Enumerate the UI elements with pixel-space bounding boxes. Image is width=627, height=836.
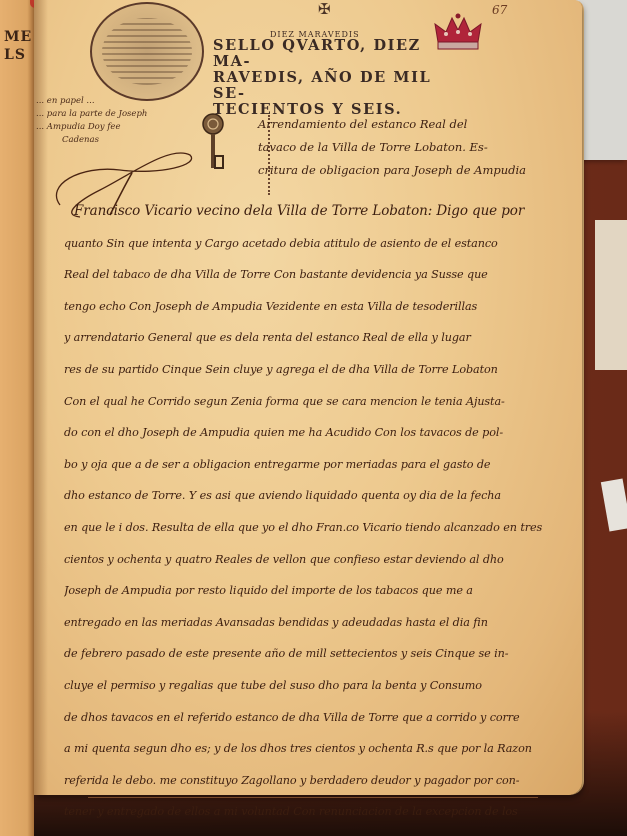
body-line: Real del tabaco de dha Villa de Torre Co… (64, 259, 564, 291)
body-line: a mi quenta segun dho es; y de los dhos … (64, 733, 564, 765)
body-line: dho estanco de Torre. Y es asi que avien… (64, 480, 564, 512)
body-line: cientos y ochenta y quatro Reales de vel… (64, 544, 564, 576)
body-line: y arrendatario General que es dela renta… (64, 322, 564, 354)
body-line: en que le i dos. Resulta de ella que yo … (64, 512, 564, 544)
body-line: do con el dho Joseph de Ampudia quien me… (64, 417, 564, 449)
body-line: entregado en las meriadas Avansadas bend… (64, 607, 564, 639)
manuscript-body: Francisco Vicario vecino dela Villa de T… (64, 196, 564, 828)
margin-note-line: ... para la parte de Joseph (36, 108, 176, 121)
closing-rule (88, 797, 538, 798)
body-line: Joseph de Ampudia por resto liquido del … (64, 575, 564, 607)
body-line: tengo echo Con Joseph de Ampudia Veziden… (64, 291, 564, 323)
body-line: tener y entregado de ellos a mi voluntad… (64, 796, 564, 828)
body-line: res de su partido Cinque Sein cluye y ag… (64, 354, 564, 386)
left-page-fragment: ME LS (0, 0, 34, 836)
key-icon (200, 112, 226, 174)
stamp-line: RAVEDIS, AÑO DE MIL SE- (213, 70, 443, 102)
body-line: referida le debo. me constituyo Zagollan… (64, 765, 564, 797)
seal-texture (102, 18, 192, 85)
document-title: Arrendamiento del estanco Real del tavac… (258, 113, 558, 182)
title-line: Arrendamiento del estanco Real del (258, 113, 558, 136)
cross-icon: ✠ (318, 0, 331, 18)
margin-note-line: ... en papel ... (36, 95, 176, 108)
body-line: de dhos tavacos en el referido estanco d… (64, 702, 564, 734)
folio-number: 67 (492, 3, 507, 17)
body-line: bo y oja que a de ser a obligacion entre… (64, 449, 564, 481)
stamp-header: SELLO QVARTO, DIEZ MA- RAVEDIS, AÑO DE M… (213, 38, 443, 118)
title-line: critura de obligacion para Joseph de Amp… (258, 159, 558, 182)
margin-note: ... en papel ... ... para la parte de Jo… (36, 95, 176, 147)
body-line: Con el qual he Corrido segun Zenia forma… (64, 386, 564, 418)
body-line: de febrero pasado de este presente año d… (64, 638, 564, 670)
left-page-text: ME LS (4, 28, 32, 64)
body-line: quanto Sin que intenta y Cargo acetado d… (64, 228, 564, 260)
body-line: cluye el permiso y regalias que tube del… (64, 670, 564, 702)
stamp-line: SELLO QVARTO, DIEZ MA- (213, 38, 443, 70)
body-line: Francisco Vicario vecino dela Villa de T… (64, 196, 564, 228)
loose-paper-sheet (595, 220, 627, 370)
title-line: tavaco de la Villa de Torre Lobaton. Es- (258, 136, 558, 159)
crown-icon (432, 12, 484, 54)
seal-stamp-icon (90, 2, 204, 101)
margin-note-line: ... Ampudia Doy fee (36, 121, 176, 134)
